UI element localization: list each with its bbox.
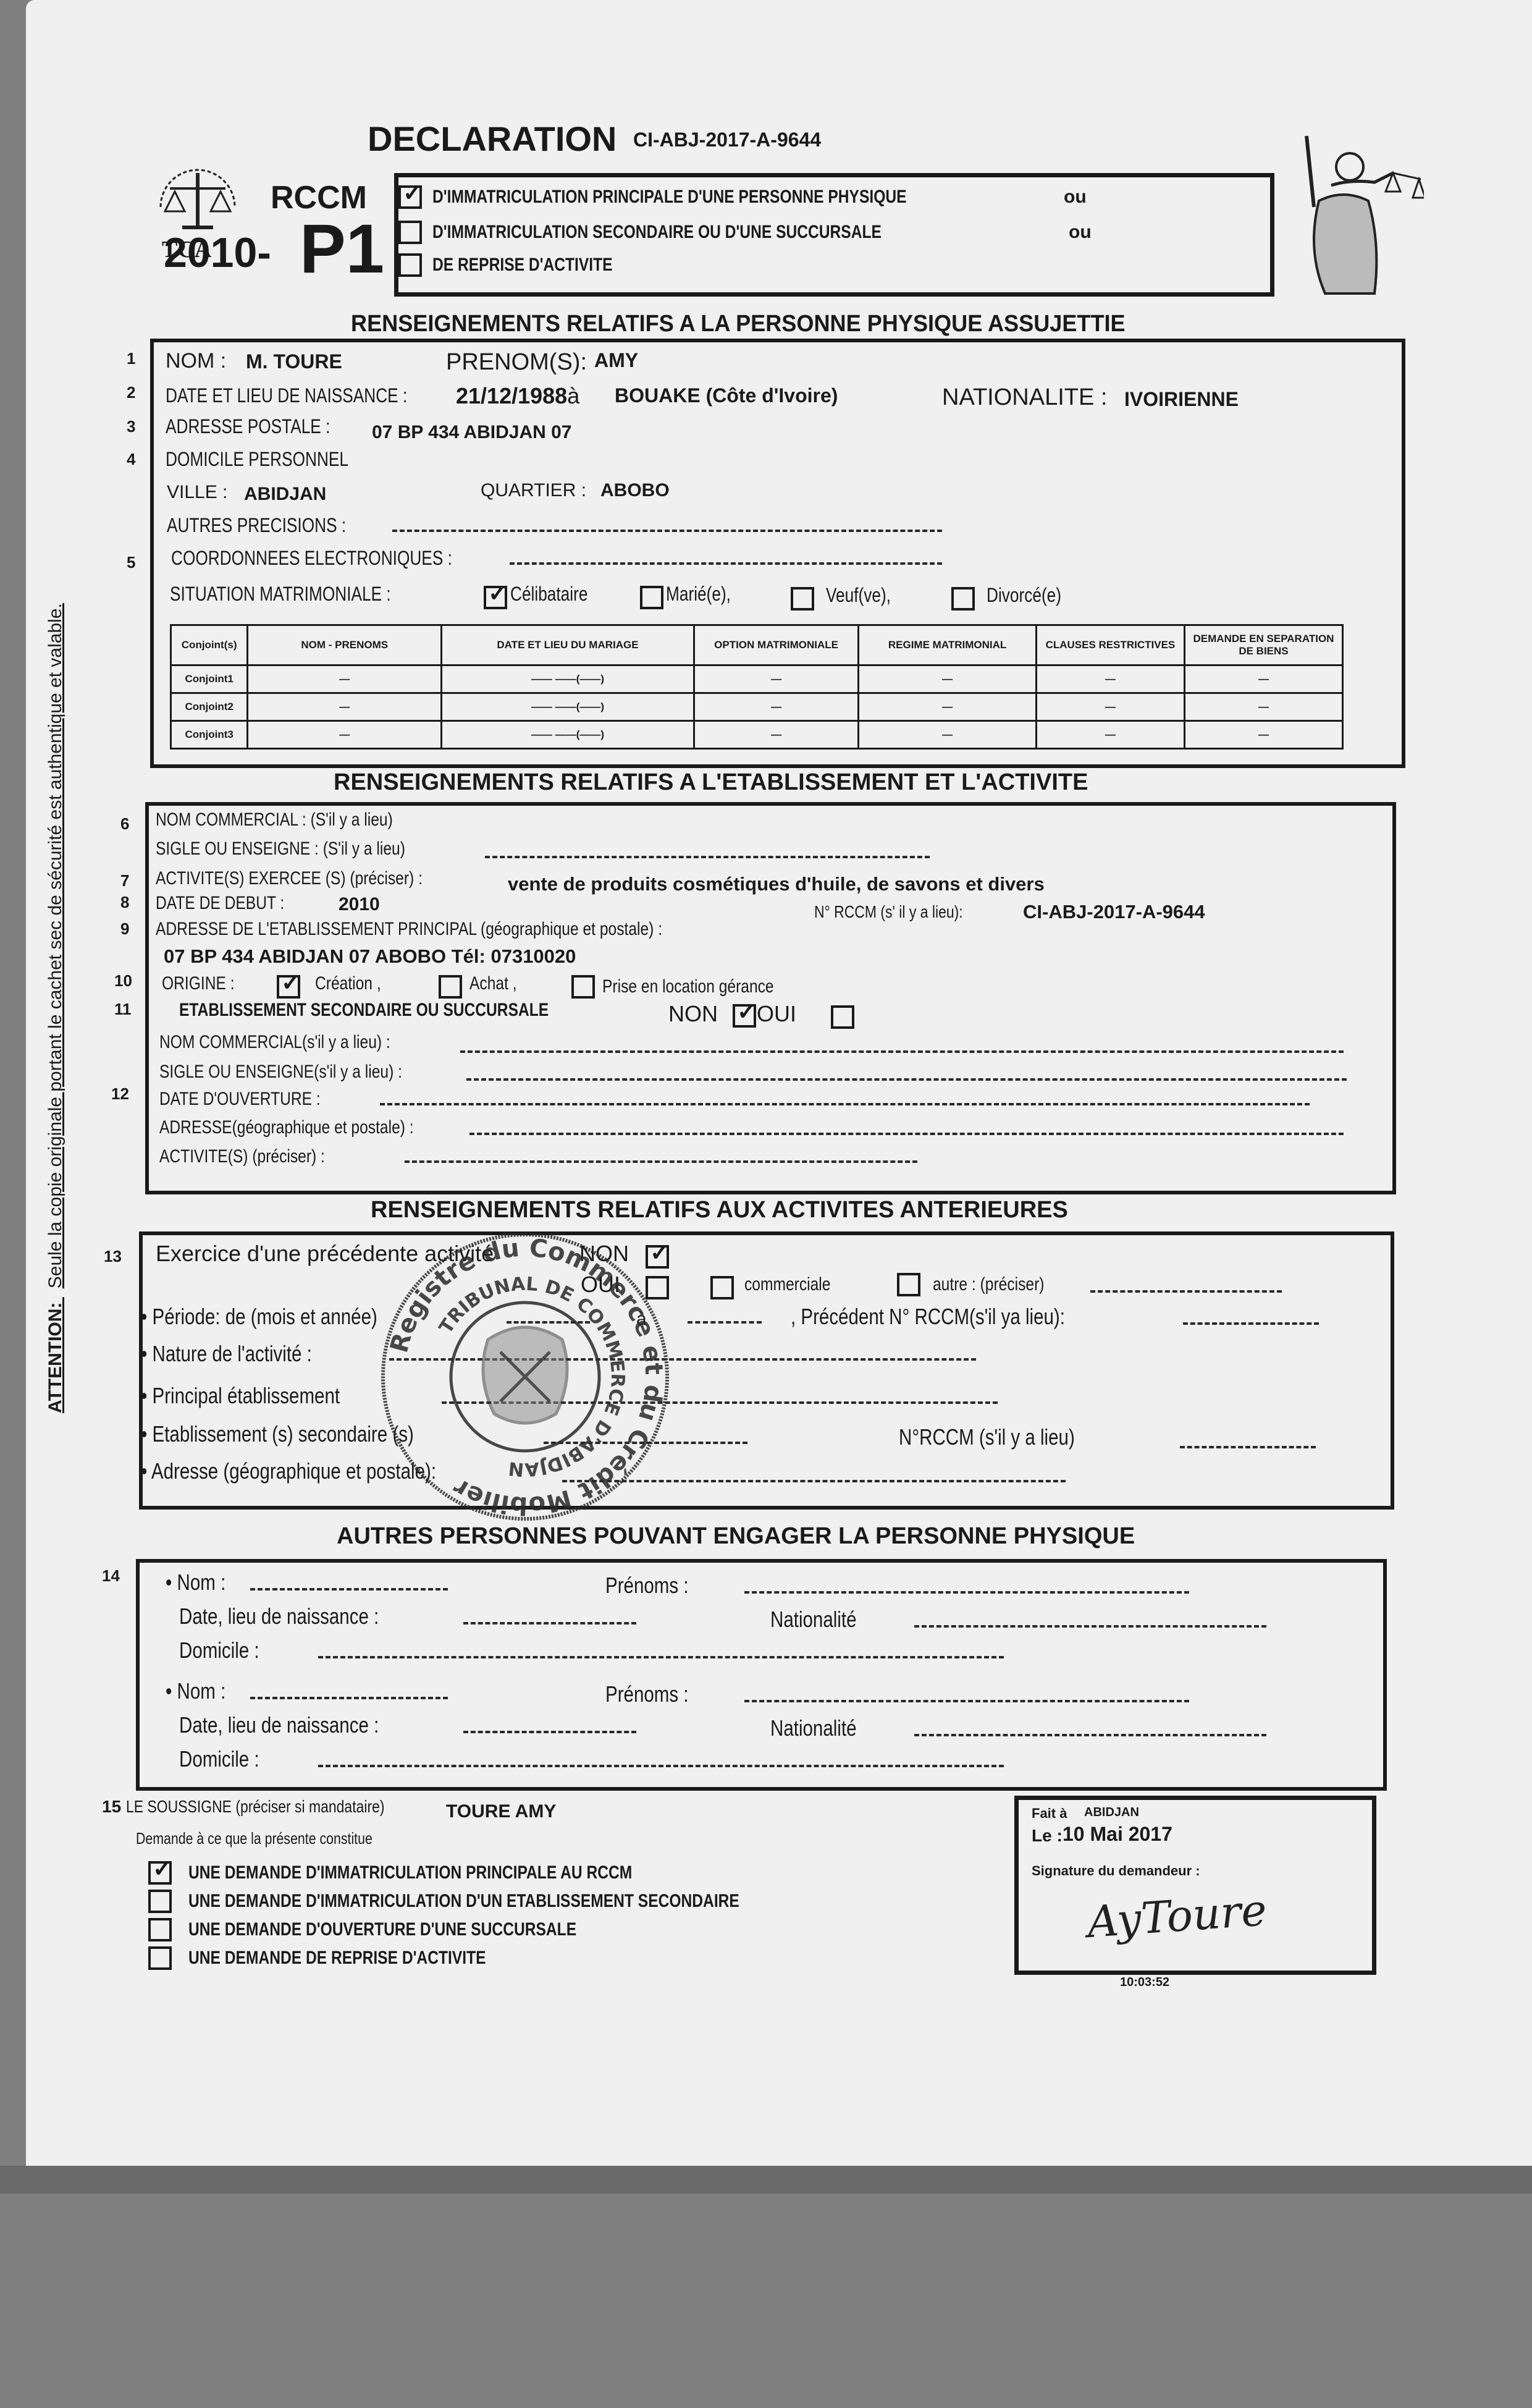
etab-secondaire-oui-checkbox[interactable] <box>831 1005 854 1029</box>
etab-secondaire-non-label: NON <box>668 1001 718 1027</box>
form-year: 2010- <box>164 229 271 277</box>
option-principale-ou: ou <box>1064 187 1087 208</box>
signature-time: 10:03:52 <box>1120 1975 1169 1990</box>
conjoint-cell[interactable]: — <box>859 721 1037 749</box>
sec-adresse-label: ADRESSE(géographique et postale) : <box>159 1117 469 1138</box>
demande-label: UNE DEMANDE D'IMMATRICULATION PRINCIPALE… <box>188 1862 730 1883</box>
side-notice-label: ATTENTION: <box>45 1303 65 1413</box>
conjoint-cell[interactable]: — <box>1185 721 1343 749</box>
celibataire-checkbox[interactable]: ✓ <box>484 586 507 609</box>
divorce-label: Divorcé(e) <box>987 584 1078 607</box>
person-nationalite-label: Nationalité <box>770 1607 875 1633</box>
anterieur-rccm-field[interactable] <box>1180 1446 1316 1448</box>
conjoint-row: Conjoint1——— ——(——)———— <box>171 665 1343 693</box>
conjoint-cell[interactable]: — <box>694 665 858 693</box>
autres-precisions-field[interactable] <box>392 530 942 532</box>
sec-nom-commercial-label: NOM COMMERCIAL(s'il y a lieu) : <box>159 1032 441 1053</box>
conjoint-cell[interactable]: — <box>694 721 858 749</box>
celibataire-label: Célibataire <box>510 583 605 606</box>
line-number-4: 4 <box>127 450 135 469</box>
origine-location-label: Prise en location gérance <box>602 976 812 997</box>
person-nationalite-field[interactable] <box>914 1734 1266 1736</box>
veuf-checkbox[interactable] <box>791 587 814 610</box>
person-domicile-label: Domicile : <box>179 1637 277 1663</box>
prenom-label: PRENOM(S): <box>446 349 587 376</box>
section2-title: RENSEIGNEMENTS RELATIFS A L'ETABLISSEMEN… <box>334 769 1088 796</box>
quartier-label: QUARTIER : <box>481 480 586 501</box>
activite-label: ACTIVITE(S) EXERCEE (S) (préciser) : <box>156 868 481 889</box>
adresse-etab-label: ADRESSE DE L'ETABLISSEMENT PRINCIPAL (gé… <box>156 919 773 940</box>
conjoint-row: Conjoint3——— ——(——)———— <box>171 721 1343 749</box>
conjoints-header-cell: REGIME MATRIMONIAL <box>859 625 1037 665</box>
conjoint-cell[interactable]: — <box>859 693 1037 721</box>
conjoint-cell[interactable]: — <box>1036 721 1184 749</box>
situation-label: SITUATION MATRIMONIALE : <box>170 583 439 606</box>
autre-checkbox[interactable] <box>897 1273 920 1296</box>
conjoint-label: Conjoint3 <box>171 721 248 749</box>
person-nationalite-field[interactable] <box>914 1625 1266 1628</box>
nationalite-label: NATIONALITE : <box>942 384 1107 411</box>
sigle-field[interactable] <box>485 856 930 858</box>
section1-title: RENSEIGNEMENTS RELATIFS A LA PERSONNE PH… <box>351 311 1166 337</box>
form-title: DECLARATION <box>368 119 617 159</box>
autre-label: autre : (préciser) <box>933 1274 1069 1295</box>
domicile-label: DOMICILE PERSONNEL <box>166 448 389 471</box>
conjoint-cell[interactable]: —— ——(——) <box>442 665 694 693</box>
line-number-9: 9 <box>120 919 129 939</box>
line-number-13: 13 <box>104 1247 122 1266</box>
date-signature-value: 10 Mai 2017 <box>1063 1823 1172 1846</box>
checkmark-icon: ✓ <box>281 971 301 995</box>
prenom-value: AMY <box>594 349 638 372</box>
person-prenoms-label: Prénoms : <box>605 1573 707 1599</box>
line-number-3: 3 <box>127 417 135 436</box>
nationalite-value: IVOIRIENNE <box>1124 388 1239 411</box>
coordonnees-label: COORDONNEES ELECTRONIQUES : <box>171 547 514 570</box>
lady-justice-icon <box>1282 133 1424 306</box>
conjoints-header-cell: DEMANDE EN SEPARATION DE BIENS <box>1185 625 1343 665</box>
sec-adresse-field[interactable] <box>469 1133 1344 1135</box>
principal-label: • Principal établissement <box>141 1383 384 1409</box>
person-prenoms-label: Prénoms : <box>605 1681 707 1707</box>
activite-value: vente de produits cosmétiques d'huile, d… <box>508 873 1045 895</box>
autres-precisions-label: AUTRES PRECISIONS : <box>167 514 385 537</box>
conjoint-cell[interactable]: —— ——(——) <box>442 693 694 721</box>
line-number-1: 1 <box>127 349 135 368</box>
rccm-label: N° RCCM (s' il y a lieu): <box>814 902 995 922</box>
line-number-10: 10 <box>114 971 132 991</box>
conjoints-header-cell: CLAUSES RESTRICTIVES <box>1036 625 1184 665</box>
person-domicile-field[interactable] <box>318 1765 1004 1767</box>
person-naissance-field[interactable] <box>463 1622 636 1624</box>
person-nom-label: • Nom : <box>166 1569 239 1595</box>
adresse-postale-label: ADRESSE POSTALE : <box>166 415 366 438</box>
option-reprise-label: DE REPRISE D'ACTIVITE <box>432 255 652 276</box>
form-id: P1 <box>300 209 384 289</box>
section4-title: AUTRES PERSONNES POUVANT ENGAGER LA PERS… <box>337 1523 1135 1550</box>
naissance-date: 21/12/1988à <box>456 383 579 409</box>
conjoint-cell[interactable]: — <box>1185 693 1343 721</box>
demande-label: UNE DEMANDE D'OUVERTURE D'UNE SUCCURSALE <box>188 1919 662 1940</box>
line-number-12: 12 <box>111 1084 129 1104</box>
sec-activite-field[interactable] <box>405 1160 917 1163</box>
veuf-label: Veuf(ve), <box>826 584 905 607</box>
conjoints-table-header: Conjoint(s)NOM - PRENOMSDATE ET LIEU DU … <box>171 625 1343 665</box>
quartier-value: ABOBO <box>600 480 670 501</box>
conjoint-cell[interactable]: — <box>248 665 442 693</box>
origine-label: ORIGINE : <box>162 973 250 994</box>
line-number-14: 14 <box>102 1566 120 1586</box>
line-number-7: 7 <box>120 871 129 890</box>
origine-achat-label: Achat , <box>469 973 527 994</box>
periode-to-field[interactable] <box>688 1321 762 1324</box>
sec-activite-label: ACTIVITE(S) (préciser) : <box>159 1146 361 1167</box>
person-naissance-label: Date, lieu de naissance : <box>179 1712 423 1738</box>
adresse-postale-value: 07 BP 434 ABIDJAN 07 <box>372 422 572 443</box>
fait-a-label: Fait à <box>1032 1806 1067 1822</box>
conjoint-label: Conjoint1 <box>171 665 248 693</box>
naissance-label: DATE ET LIEU DE NAISSANCE : <box>166 384 460 407</box>
demande-label: UNE DEMANDE DE REPRISE D'ACTIVITE <box>188 1948 551 1969</box>
soussigne-value: TOURE AMY <box>446 1801 556 1822</box>
conjoints-header-cell: NOM - PRENOMS <box>248 625 442 665</box>
divorce-checkbox[interactable] <box>951 587 975 610</box>
origine-location-checkbox[interactable] <box>571 975 595 999</box>
demande-checkbox[interactable] <box>148 1918 172 1941</box>
person-domicile-label: Domicile : <box>179 1746 277 1772</box>
demande-label: UNE DEMANDE D'IMMATRICULATION D'UN ETABL… <box>188 1891 861 1912</box>
tribunal-stamp: Registre du Commerce et du Crédit Mobili… <box>377 1228 673 1525</box>
option-principale-checkbox[interactable]: ✓ <box>398 185 422 209</box>
sec-nom-commercial-field[interactable] <box>460 1050 1344 1053</box>
conjoint-cell[interactable]: — <box>694 693 858 721</box>
conjoints-header-cell: OPTION MATRIMONIALE <box>694 625 858 665</box>
person-nom-label: • Nom : <box>166 1678 239 1704</box>
conjoints-table: Conjoint(s)NOM - PRENOMSDATE ET LIEU DU … <box>170 624 1344 750</box>
side-security-notice: ATTENTION: Seule la copie originale port… <box>45 610 66 1413</box>
anterieur-rccm-label: N°RCCM (s'il y a lieu) <box>899 1424 1113 1450</box>
person-nom-field[interactable] <box>250 1697 448 1699</box>
conjoint-label: Conjoint2 <box>171 693 248 721</box>
soussigne-label: 15 LE SOUSSIGNE (préciser si mandataire) <box>102 1797 441 1817</box>
precedent-rccm-field[interactable] <box>1183 1322 1319 1325</box>
option-secondaire-checkbox[interactable] <box>398 221 422 244</box>
line-number-11: 11 <box>114 1000 132 1019</box>
person-nationalite-label: Nationalité <box>770 1715 875 1741</box>
conjoint-cell[interactable]: — <box>1036 665 1184 693</box>
conjoints-header-cell: Conjoint(s) <box>171 625 248 665</box>
nom-value: M. TOURE <box>246 350 342 373</box>
conjoints-header-cell: DATE ET LIEU DU MARIAGE <box>442 625 694 665</box>
naissance-lieu: BOUAKE (Côte d'Ivoire) <box>615 384 838 407</box>
section3-title: RENSEIGNEMENTS RELATIFS AUX ACTIVITES AN… <box>371 1197 1068 1223</box>
checkmark-icon: ✓ <box>153 1857 172 1881</box>
person-nom-field[interactable] <box>250 1588 448 1591</box>
signature-label: Signature du demandeur : <box>1032 1863 1200 1879</box>
date-debut-label: DATE DE DEBUT : <box>156 893 313 914</box>
marie-label: Marié(e), <box>666 583 745 606</box>
sec-date-ouverture-label: DATE D'OUVERTURE : <box>159 1089 356 1110</box>
sec-sigle-field[interactable] <box>466 1078 1347 1081</box>
conjoint-cell[interactable]: — <box>248 693 442 721</box>
line-number-15: 15 <box>102 1797 121 1816</box>
autre-field[interactable] <box>1090 1290 1282 1293</box>
origine-achat-checkbox[interactable] <box>439 975 462 999</box>
checkmark-icon: ✓ <box>403 182 423 205</box>
checkmark-icon: ✓ <box>488 582 508 606</box>
checkmark-icon: ✓ <box>737 1000 757 1024</box>
option-reprise-checkbox[interactable] <box>398 253 422 277</box>
demande-checkbox[interactable] <box>148 1946 172 1970</box>
sigle-label: SIGLE OU ENSEIGNE : (S'il y a lieu) <box>156 839 460 860</box>
section4-box <box>136 1559 1387 1791</box>
origine-creation-checkbox[interactable]: ✓ <box>277 975 300 999</box>
coordonnees-field[interactable] <box>510 562 942 565</box>
date-signature-label: Le : <box>1032 1826 1063 1846</box>
conjoint-cell[interactable]: — <box>859 665 1037 693</box>
person-domicile-field[interactable] <box>318 1656 1004 1658</box>
etab-secondaire-label: ETABLISSEMENT SECONDAIRE OU SUCCURSALE <box>179 1000 630 1021</box>
conjoint-cell[interactable]: — <box>1036 693 1184 721</box>
adresse-etab-value: 07 BP 434 ABIDJAN 07 ABOBO Tél: 07310020 <box>164 945 576 968</box>
demande-checkbox[interactable]: ✓ <box>148 1861 172 1885</box>
precedent-rccm-label: , Précédent N° RCCM(s'il ya lieu): <box>791 1304 1125 1330</box>
marie-checkbox[interactable] <box>640 586 663 609</box>
fait-a-value: ABIDJAN <box>1084 1806 1139 1820</box>
option-principale-label: D'IMMATRICULATION PRINCIPALE D'UNE PERSO… <box>432 187 1011 208</box>
conjoint-cell[interactable]: — <box>1185 665 1343 693</box>
demande-label: Demande à ce que la présente constitue <box>136 1829 424 1848</box>
scanner-edge <box>0 2166 1532 2194</box>
sec-sigle-label: SIGLE OU ENSEIGNE(s'il y a lieu) : <box>159 1062 455 1083</box>
side-notice-text: Seule la copie originale portant le cach… <box>45 603 65 1288</box>
sec-date-ouverture-field[interactable] <box>380 1103 1310 1105</box>
demande-checkbox[interactable] <box>148 1890 172 1913</box>
line-number-5: 5 <box>127 553 135 572</box>
person-prenoms-field[interactable] <box>744 1700 1189 1702</box>
commerciale-checkbox[interactable] <box>710 1276 734 1299</box>
conjoint-cell[interactable]: —— ——(——) <box>442 721 694 749</box>
person-prenoms-field[interactable] <box>744 1591 1189 1594</box>
line-number-6: 6 <box>120 814 129 834</box>
option-secondaire-label: D'IMMATRICULATION SECONDAIRE OU D'UNE SU… <box>432 222 980 243</box>
origine-creation-label: Création , <box>315 973 395 994</box>
ville-label: VILLE : <box>167 482 227 503</box>
conjoint-row: Conjoint2——— ——(——)———— <box>171 693 1343 721</box>
commerciale-label: commerciale <box>744 1274 849 1295</box>
conjoint-cell[interactable]: — <box>248 721 442 749</box>
form-reference: CI-ABJ-2017-A-9644 <box>633 129 821 151</box>
person-naissance-field[interactable] <box>463 1731 636 1733</box>
ville-value: ABIDJAN <box>244 484 326 505</box>
line-number-2: 2 <box>127 383 135 402</box>
option-secondaire-ou: ou <box>1069 222 1092 243</box>
person-naissance-label: Date, lieu de naissance : <box>179 1603 423 1629</box>
etab-secondaire-oui-label: OUI <box>757 1001 796 1027</box>
rccm-value: CI-ABJ-2017-A-9644 <box>1023 901 1205 923</box>
nature-label: • Nature de l'activité : <box>141 1341 350 1367</box>
etab-secondaire-non-checkbox[interactable]: ✓ <box>733 1004 756 1028</box>
nom-commercial-label: NOM COMMERCIAL : (S'il y a lieu) <box>156 809 445 830</box>
date-debut-value: 2010 <box>339 894 380 915</box>
line-number-8: 8 <box>120 893 129 912</box>
nom-label: NOM : <box>166 349 226 373</box>
